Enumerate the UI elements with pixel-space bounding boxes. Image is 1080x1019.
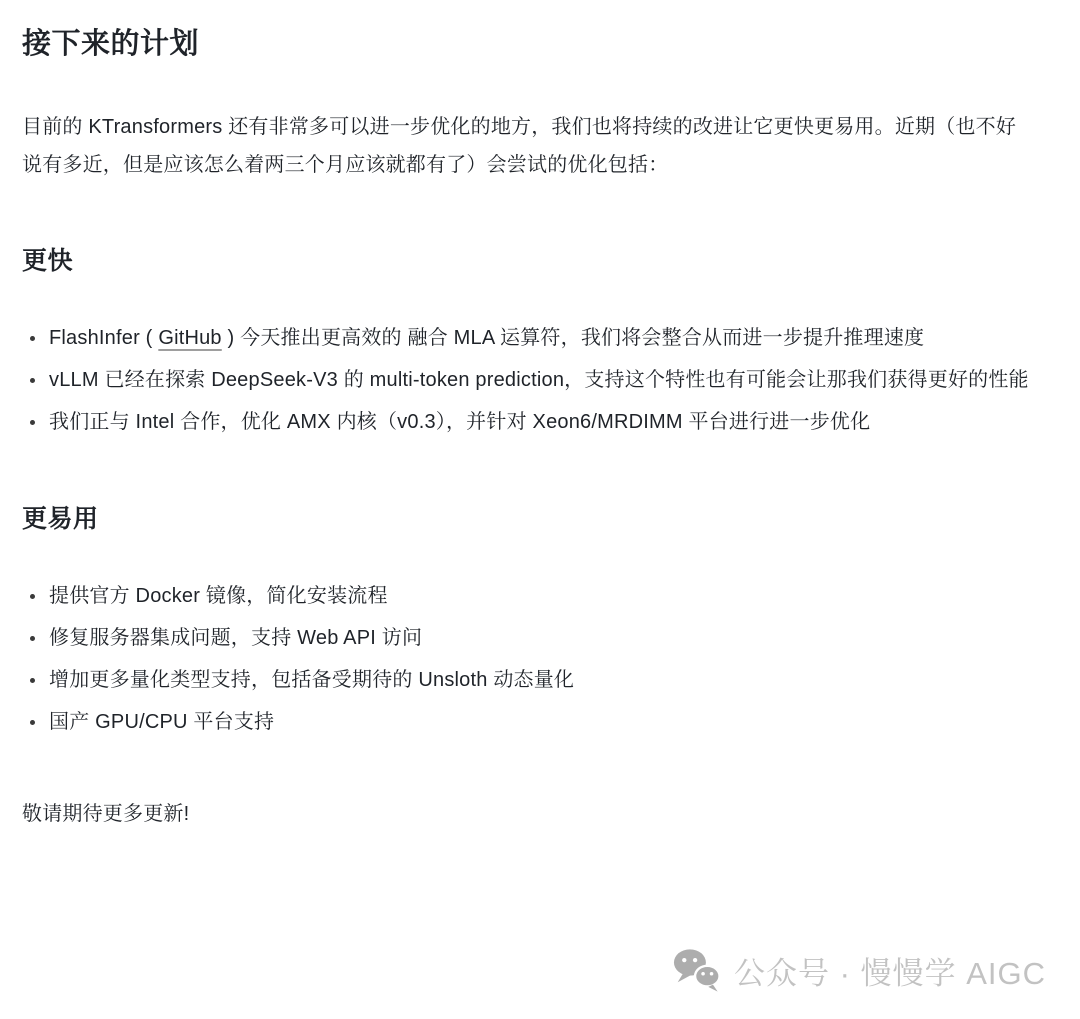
section-heading-easier: 更易用 (22, 504, 1056, 534)
list-item-text: ) 今天推出更高效的 融合 MLA 运算符，我们将会整合从而进一步提升推理速度 (222, 327, 924, 349)
list-item-text: FlashInfer ( (49, 327, 158, 349)
section-heading-faster: 更快 (22, 246, 1056, 276)
faster-list: FlashInfer ( GitHub ) 今天推出更高效的 融合 MLA 运算… (22, 318, 1036, 442)
watermark: 公众号 · 慢慢学 AIGC (673, 947, 1046, 993)
article-page: 接下来的计划 目前的 KTransformers 还有非常多可以进一步优化的地方… (0, 0, 1080, 828)
list-item: 修复服务器集成问题，支持 Web API 访问 (22, 618, 1036, 658)
list-item: 我们正与 Intel 合作，优化 AMX 内核（v0.3），并针对 Xeon6/… (22, 402, 1036, 442)
list-item: vLLM 已经在探索 DeepSeek-V3 的 multi-token pre… (22, 360, 1036, 400)
list-item: 提供官方 Docker 镜像，简化安装流程 (22, 576, 1036, 616)
watermark-text: 公众号 · 慢慢学 AIGC (734, 948, 1046, 993)
github-link[interactable]: GitHub (158, 327, 221, 349)
list-item: FlashInfer ( GitHub ) 今天推出更高效的 融合 MLA 运算… (22, 318, 1036, 358)
list-item: 增加更多量化类型支持，包括备受期待的 Unsloth 动态量化 (22, 660, 1036, 700)
easier-list: 提供官方 Docker 镜像，简化安装流程 修复服务器集成问题，支持 Web A… (22, 576, 1036, 742)
intro-paragraph: 目前的 KTransformers 还有非常多可以进一步优化的地方，我们也将持续… (22, 108, 1036, 184)
outro-paragraph: 敬请期待更多更新! (22, 800, 1056, 828)
list-item: 国产 GPU/CPU 平台支持 (22, 702, 1036, 742)
page-title: 接下来的计划 (22, 26, 1056, 62)
wechat-icon (673, 947, 720, 993)
